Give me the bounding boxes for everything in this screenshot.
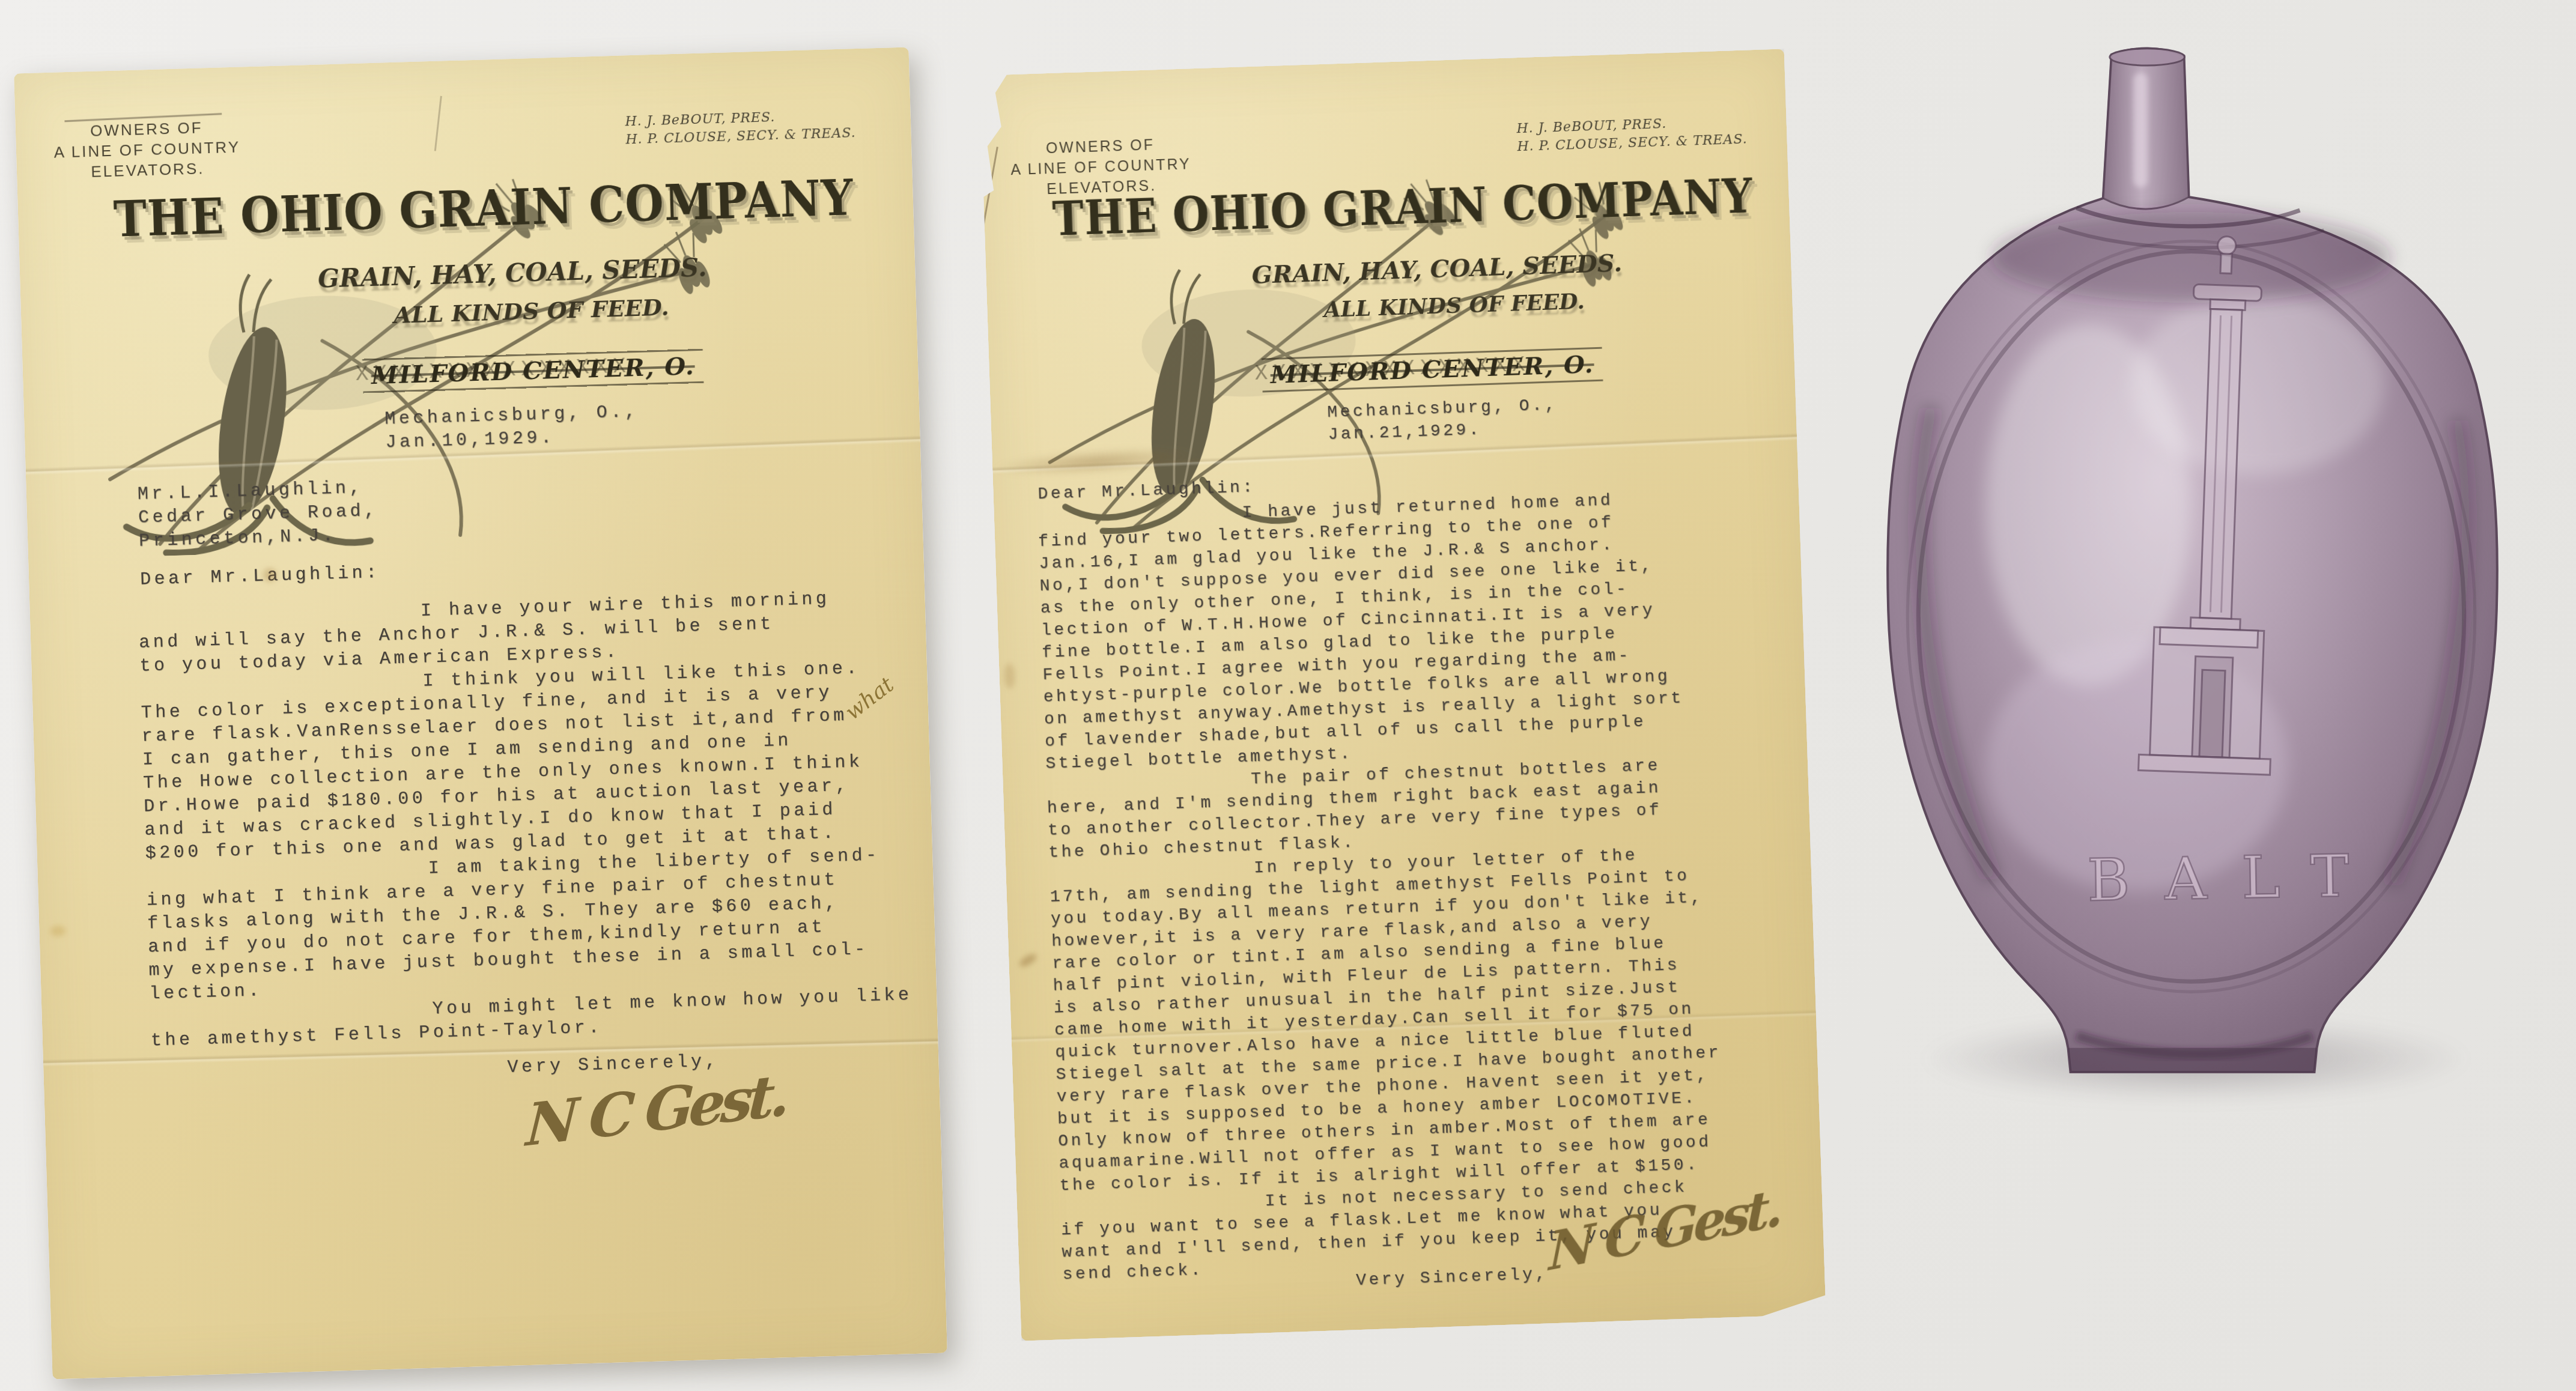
officers-block: H. J. BeBOUT, PRES. H. P. CLOUSE, SECY. … <box>625 106 856 149</box>
dateline: Mechanicsburg, O., Jan.21,1929. <box>1327 394 1559 446</box>
flask-body <box>1888 49 2497 1072</box>
balt-embossing: BALT <box>2086 841 2384 915</box>
recipient-address: Mr.L.I.Laughlin,Cedar Grove Road,Princet… <box>137 476 379 554</box>
salutation: Dear Mr.Laughlin: <box>140 562 381 592</box>
flask-illustration: BALT <box>1877 46 2505 1091</box>
owners-block: OWNERS OF A LINE OF COUNTRY ELEVATORS. <box>50 116 244 183</box>
officers-block: H. J. BeBOUT, PRES. H. P. CLOUSE, SECY. … <box>1516 112 1748 156</box>
letter-jan-10: OWNERS OF A LINE OF COUNTRY ELEVATORS. H… <box>14 47 947 1379</box>
crease-mark <box>434 96 442 151</box>
letter-body: I have your wire this morningand will sa… <box>138 586 914 1053</box>
ink-mark <box>1018 952 1039 969</box>
tear-crease-mark <box>980 147 998 240</box>
paper-stain <box>1004 663 1015 689</box>
letter-jan-21: OWNERS OF A LINE OF COUNTRY ELEVATORS. H… <box>979 49 1826 1341</box>
photo-scene: OWNERS OF A LINE OF COUNTRY ELEVATORS. H… <box>0 0 2576 1391</box>
letter-body: I have just returned home andfind your t… <box>1037 486 1728 1286</box>
amethyst-flask: BALT <box>1877 46 2505 1091</box>
paper-stain <box>50 926 66 937</box>
